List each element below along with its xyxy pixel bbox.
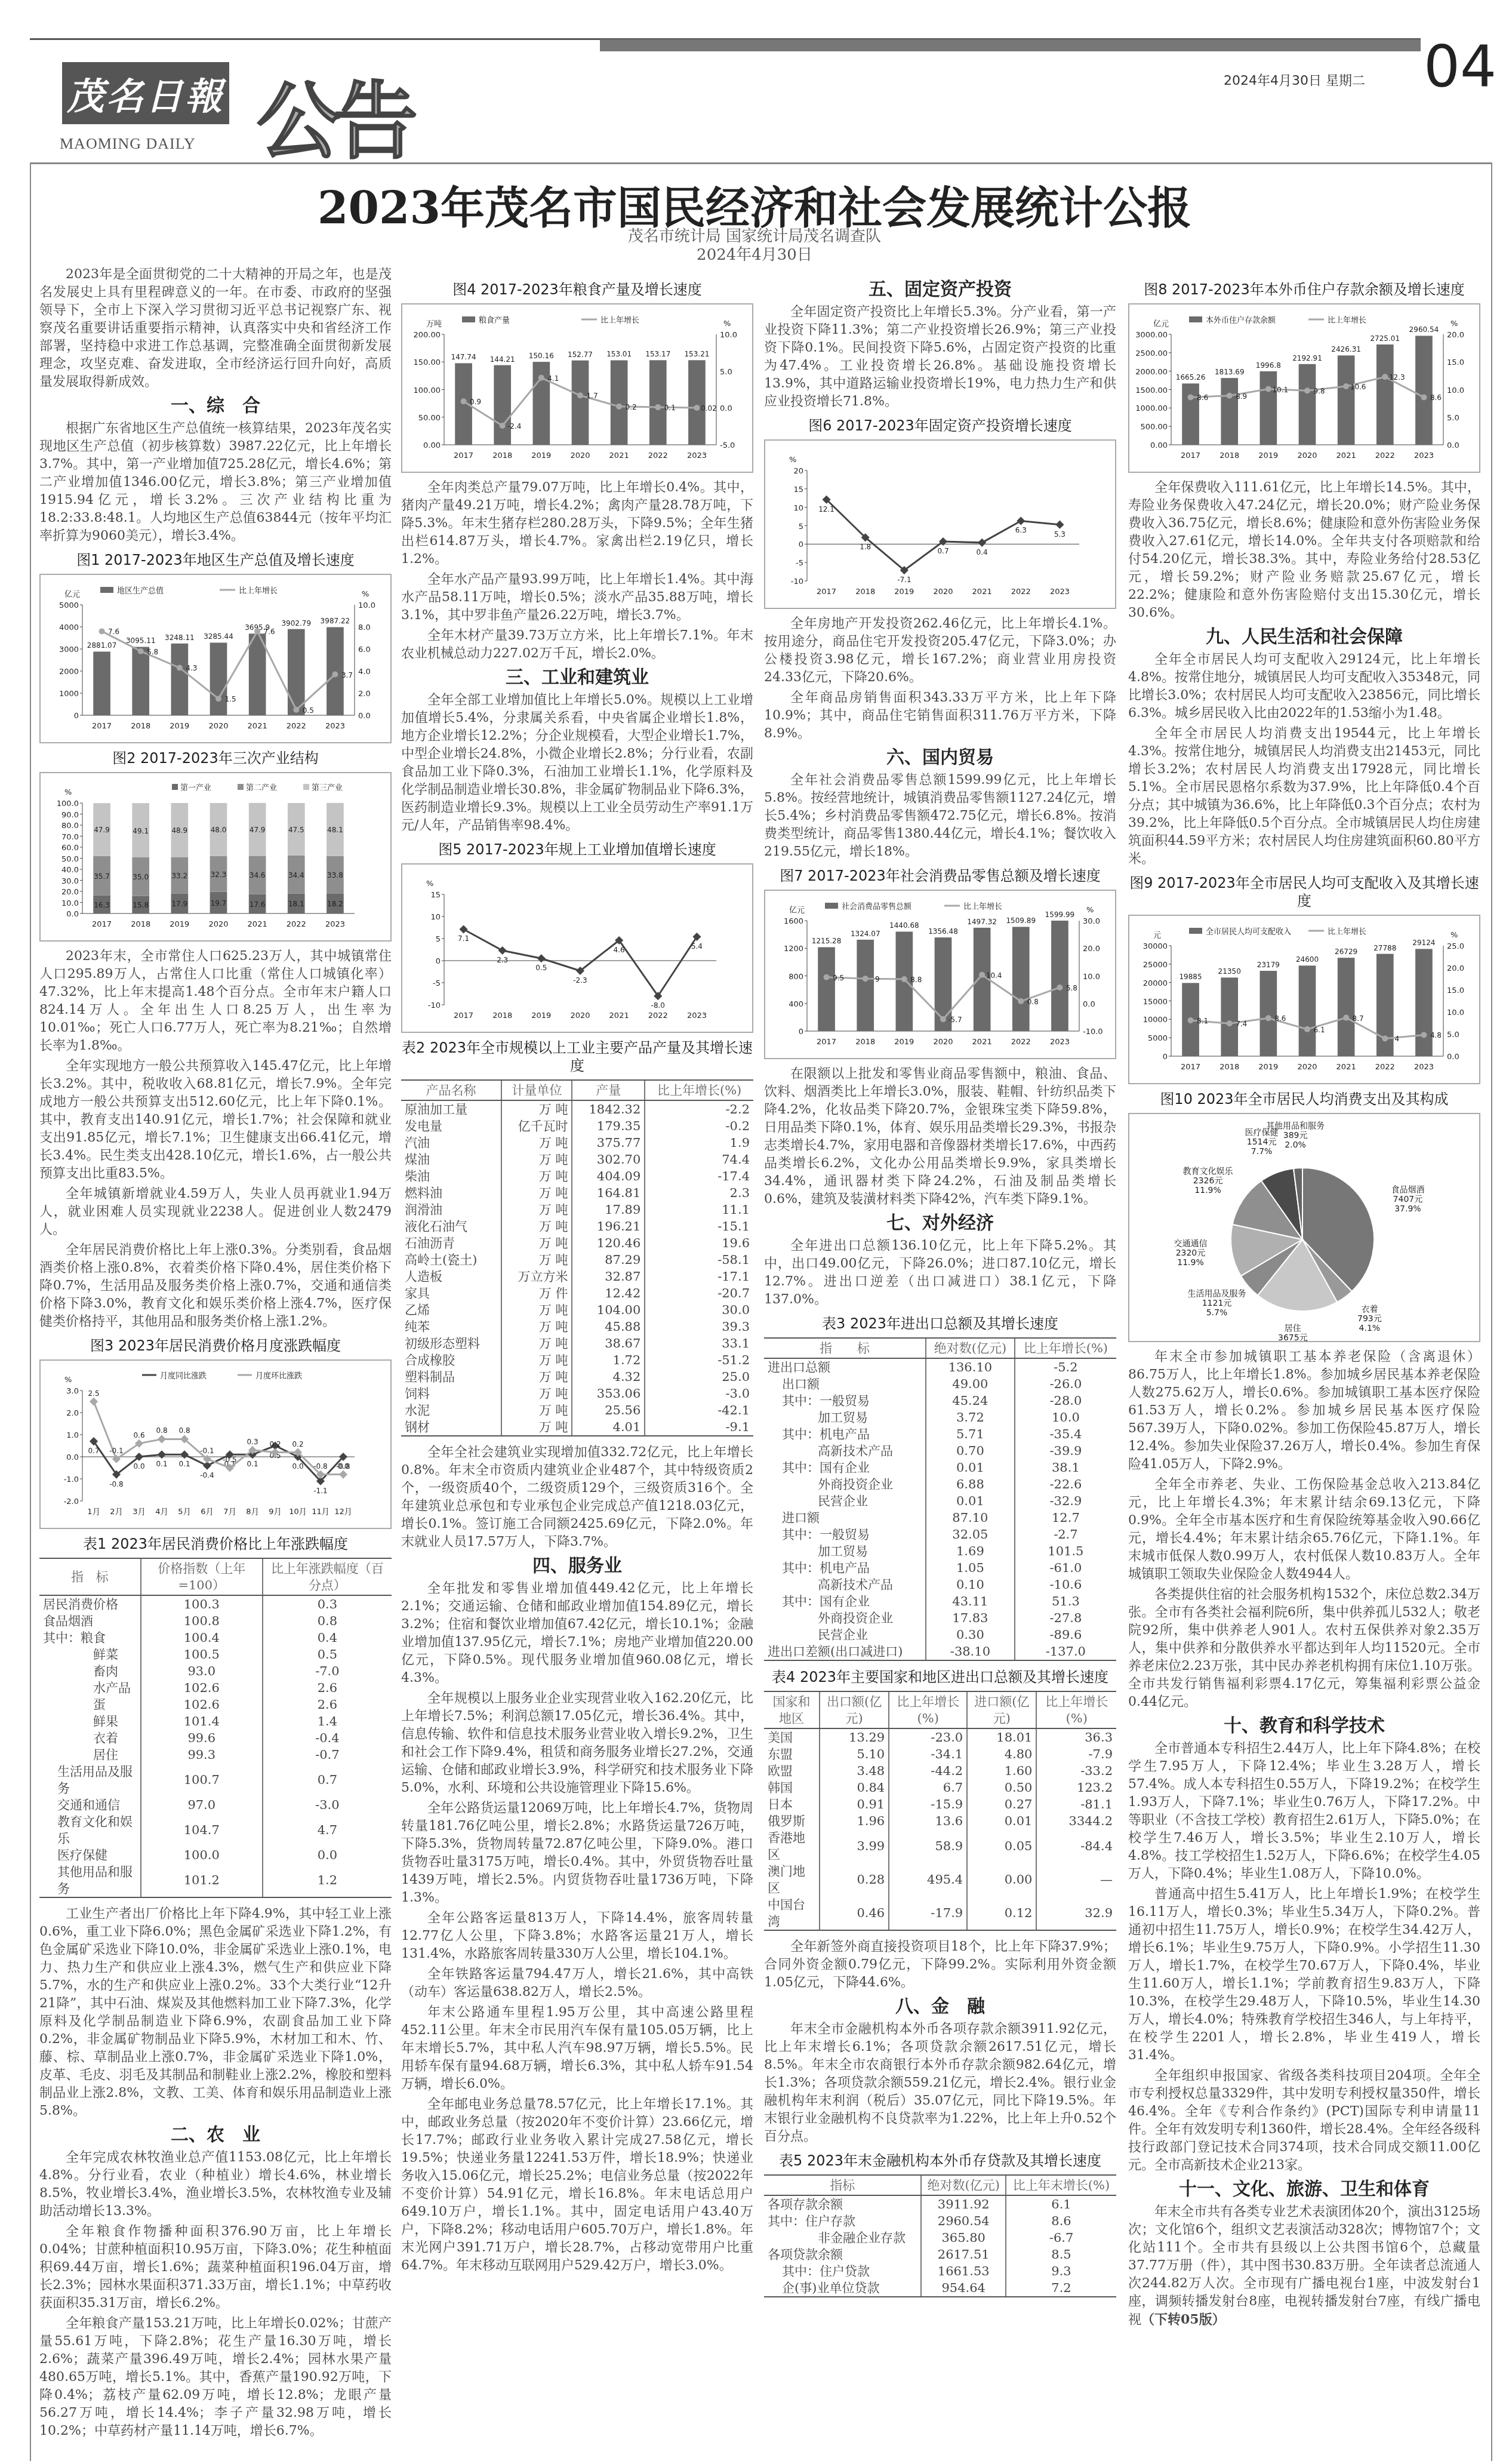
table-cell: 澳门地区 <box>764 1863 820 1896</box>
table-cell: 0.01 <box>926 1493 1015 1509</box>
svg-text:6.1: 6.1 <box>1313 1026 1325 1034</box>
article-date: 2024年4月30日 <box>0 242 1509 264</box>
svg-text:元: 元 <box>1153 931 1161 940</box>
svg-text:150.00: 150.00 <box>414 358 441 367</box>
svg-text:2019: 2019 <box>170 722 189 731</box>
table-cell: — <box>1036 1863 1116 1896</box>
figure-title: 图8 2017-2023年本外币住户存款余额及增长速度 <box>1128 281 1480 299</box>
table-cell: 32.9 <box>1036 1896 1116 1930</box>
table-cell: -2.7 <box>1015 1526 1116 1543</box>
svg-text:2326元: 2326元 <box>1193 1176 1223 1186</box>
table-title: 表2 2023年全市规模以上工业主要产品产量及其增长速度 <box>401 1039 753 1075</box>
table-cell: 45.88 <box>572 1318 645 1335</box>
table-row: 塑料制品万 吨4.3225.0 <box>401 1368 753 1385</box>
svg-text:6月: 6月 <box>201 1508 213 1516</box>
table-cell: 万 吨 <box>501 1201 572 1218</box>
table-cell: 高岭土(瓷土) <box>401 1251 501 1268</box>
table-row: 俄罗斯1.9613.60.013344.2 <box>764 1813 1116 1829</box>
paragraph: 年末全市金融机构本外币各项存款余额3911.92亿元，比上年末增长6.1%；各项… <box>764 2020 1116 2146</box>
table-cell: 12.7 <box>1015 1509 1116 1526</box>
table-row: 其他用品和服务101.21.2 <box>39 1863 392 1897</box>
table-cell: 鲜果 <box>39 1713 141 1730</box>
svg-text:2022: 2022 <box>1375 1063 1395 1072</box>
paragraph: 全年粮食作物播种面积376.90万亩，比上年增长0.04%；甘蔗种植面积10.9… <box>39 2223 392 2312</box>
svg-text:4月: 4月 <box>155 1508 168 1516</box>
table-cell: 钢材 <box>401 1419 501 1436</box>
svg-text:793元: 793元 <box>1357 1314 1382 1324</box>
table-cell: 0.00 <box>967 1863 1036 1896</box>
svg-text:2019: 2019 <box>1258 451 1278 460</box>
svg-text:0: 0 <box>799 1028 803 1036</box>
svg-text:12月: 12月 <box>334 1508 352 1516</box>
svg-text:26729: 26729 <box>1335 948 1357 956</box>
table-cell: 25.0 <box>645 1368 753 1385</box>
table-cell: 10.0 <box>1015 1409 1116 1426</box>
svg-text:10.0: 10.0 <box>358 601 375 610</box>
table-cell: 石油沥青 <box>401 1235 501 1251</box>
svg-text:-5.0: -5.0 <box>720 441 735 450</box>
svg-text:%: % <box>426 879 433 888</box>
figure-title: 图7 2017-2023年社会消费品零售总额及增长速度 <box>764 867 1116 885</box>
table-cell: 加工贸易 <box>764 1543 926 1559</box>
table-row: 外商投资企业17.83-27.8 <box>764 1610 1116 1626</box>
svg-text:%: % <box>362 590 369 599</box>
table-row: 居民消费价格100.30.3 <box>39 1595 392 1613</box>
table-cell: 0.10 <box>926 1576 1015 1593</box>
svg-text:2.0: 2.0 <box>66 1409 79 1418</box>
table-cell: 302.70 <box>572 1151 645 1168</box>
table-row: 韩国0.846.70.50123.2 <box>764 1779 1116 1796</box>
svg-text:2019: 2019 <box>1258 1063 1278 1072</box>
svg-text:34.4: 34.4 <box>288 871 304 879</box>
svg-text:47.9: 47.9 <box>94 826 110 834</box>
paragraph: 全年批发和零售业增加值449.42亿元，比上年增长2.1%；交通运输、仓储和邮政… <box>401 1580 753 1687</box>
svg-text:7.1: 7.1 <box>458 934 469 943</box>
table-cell: 各项存款余额 <box>764 2195 921 2213</box>
svg-text:7407元: 7407元 <box>1393 1195 1423 1204</box>
table-row: 欧盟3.48-44.21.60-33.2 <box>764 1762 1116 1779</box>
svg-text:2021: 2021 <box>248 722 267 731</box>
section-heading: 十一、文化、旅游、卫生和体育 <box>1128 2180 1480 2198</box>
table-cell: 100.4 <box>141 1629 263 1646</box>
table-cell: 0.8 <box>263 1613 392 1629</box>
table-row: 民营企业0.01-32.9 <box>764 1493 1116 1509</box>
table-cell: 179.35 <box>572 1118 645 1134</box>
table-cell: 加工贸易 <box>764 1409 926 1426</box>
svg-text:全市居民人均可支配收入: 全市居民人均可支配收入 <box>1206 927 1291 936</box>
table-cell: -58.1 <box>645 1251 753 1268</box>
chart-fixed-investment: -10-505101520%20172018201920202021202220… <box>764 439 1116 609</box>
svg-text:1.0: 1.0 <box>66 1431 79 1440</box>
svg-text:15.8: 15.8 <box>133 901 149 909</box>
svg-text:5000: 5000 <box>59 601 79 610</box>
table-row: 原油加工量万 吨1842.32-2.2 <box>401 1100 753 1118</box>
paragraph: 全年全社会建筑业实现增加值332.72亿元，比上年增长0.8%。年末全市资质内建… <box>401 1444 753 1551</box>
paragraph: 工业生产者出厂价格比上年下降4.9%，其中轻工业上涨0.6%，重工业下降6.0%… <box>39 1905 392 2120</box>
paragraph: 全年商品房销售面积343.33万平方米，比上年下降10.9%；其中，商品住宅销售… <box>764 689 1116 743</box>
svg-text:0.0: 0.0 <box>1083 1000 1095 1009</box>
figure-title: 图4 2017-2023年粮食产量及增长速度 <box>401 281 753 299</box>
svg-text:1000.00: 1000.00 <box>1135 404 1168 413</box>
svg-text:2017: 2017 <box>92 920 112 929</box>
column-header: 指标 <box>764 2175 921 2195</box>
table-cell: -7.9 <box>1036 1746 1116 1762</box>
svg-text:20.0: 20.0 <box>1447 964 1464 973</box>
svg-text:0.0: 0.0 <box>133 1462 144 1471</box>
svg-text:0.8: 0.8 <box>1027 998 1039 1006</box>
svg-text:2017: 2017 <box>454 1011 473 1020</box>
svg-text:月度同比涨跌: 月度同比涨跌 <box>160 1371 207 1380</box>
table-row: 民营企业0.30-89.6 <box>764 1626 1116 1643</box>
svg-text:亿元: 亿元 <box>64 590 80 599</box>
svg-text:20.0: 20.0 <box>1447 331 1464 340</box>
table-cell: 2.6 <box>263 1679 392 1696</box>
table-cell: 17.83 <box>926 1610 1015 1626</box>
table-cell: -15.9 <box>889 1796 967 1813</box>
svg-text:1600: 1600 <box>784 917 803 926</box>
table-cell: 100.3 <box>141 1595 263 1613</box>
table-cell: 汽油 <box>401 1134 501 1151</box>
table-cell: 8.5 <box>1006 2246 1116 2263</box>
section-heading: 六、国内贸易 <box>764 749 1116 767</box>
svg-text:8.0: 8.0 <box>358 623 371 632</box>
svg-text:50.0: 50.0 <box>61 855 79 864</box>
svg-text:2000.00: 2000.00 <box>1135 368 1168 377</box>
svg-text:-10: -10 <box>428 1001 441 1010</box>
table-cell: 3.72 <box>926 1409 1015 1426</box>
svg-text:0: 0 <box>799 540 803 549</box>
svg-text:20: 20 <box>793 467 803 476</box>
table-cell: 万 吨 <box>501 1100 572 1118</box>
svg-text:5: 5 <box>799 522 803 531</box>
table-cell: 各项贷款余额 <box>764 2246 921 2263</box>
svg-text:2022: 2022 <box>287 722 306 731</box>
paragraph: 全年房地产开发投资262.46亿元，比上年增长4.1%。按用途分，商品住宅开发投… <box>764 615 1116 687</box>
table-cell: 0.50 <box>967 1779 1036 1796</box>
svg-text:16.3: 16.3 <box>94 901 110 909</box>
table-row: 居住99.3-0.7 <box>39 1746 392 1763</box>
svg-text:2022: 2022 <box>1011 1038 1031 1047</box>
svg-text:-2.3: -2.3 <box>573 976 587 985</box>
table-cell: 11.1 <box>645 1201 753 1218</box>
table-cell: 煤油 <box>401 1151 501 1168</box>
paragraph: 全年全部工业增加值比上年增长5.0%。规模以上工业增加值增长5.4%，分隶属关系… <box>401 691 753 835</box>
svg-text:40.0: 40.0 <box>61 866 79 875</box>
table-row: 其中：国有企业43.1151.3 <box>764 1593 1116 1610</box>
svg-text:1324.07: 1324.07 <box>851 930 880 938</box>
table-cell: 中国台湾 <box>764 1896 820 1930</box>
chart-industry-growth: -10-5051015%2017201820192020202120222023… <box>401 863 753 1033</box>
table-row: 生活用品及服务100.70.7 <box>39 1763 392 1797</box>
chart-household-deposits: 0.00500.001000.001500.002000.002500.0030… <box>1128 303 1480 473</box>
table-cell: 104.7 <box>141 1813 263 1847</box>
svg-text:万吨: 万吨 <box>426 319 442 328</box>
table-cell: 100.7 <box>141 1763 263 1797</box>
svg-text:10.6: 10.6 <box>1350 383 1366 391</box>
paragraph: 全年固定资产投资比上年增长5.3%。分产业看，第一产业投资下降11.3%；第二产… <box>764 303 1116 411</box>
svg-text:200.00: 200.00 <box>414 331 441 340</box>
table-cell: 非金融企业存款 <box>764 2229 921 2246</box>
svg-text:2725.01: 2725.01 <box>1370 334 1400 343</box>
table-cell: 0.28 <box>820 1863 889 1896</box>
table-cell: 196.21 <box>572 1218 645 1235</box>
table-cell: 水产品 <box>39 1679 141 1696</box>
svg-text:18.1: 18.1 <box>288 900 304 908</box>
svg-text:2022: 2022 <box>1011 587 1031 596</box>
svg-text:18.2: 18.2 <box>327 900 343 908</box>
svg-text:2020: 2020 <box>208 722 228 731</box>
table-row: 高岭土(瓷土)万 吨87.29-58.1 <box>401 1251 753 1268</box>
svg-text:5: 5 <box>436 935 441 944</box>
table-cell: 4.80 <box>967 1746 1036 1762</box>
svg-text:0.5: 0.5 <box>535 964 547 972</box>
table-cell: 99.3 <box>141 1746 263 1763</box>
svg-text:2019: 2019 <box>894 1038 914 1047</box>
table-row: 合成橡胶万 吨1.72-51.2 <box>401 1352 753 1368</box>
table-cell: 0.84 <box>820 1779 889 1796</box>
svg-text:2018: 2018 <box>855 587 875 596</box>
svg-text:0.3: 0.3 <box>247 1438 258 1446</box>
svg-text:2018: 2018 <box>1219 451 1239 460</box>
table-row: 乙烯万 吨104.0030.0 <box>401 1302 753 1318</box>
table-cell: -27.8 <box>1015 1610 1116 1626</box>
svg-text:100.00: 100.00 <box>414 386 441 395</box>
svg-text:%: % <box>64 788 72 797</box>
table-row: 各项存款余额3911.926.1 <box>764 2195 1116 2213</box>
table-row: 加工贸易1.69101.5 <box>764 1543 1116 1559</box>
table-row: 高新技术产品0.70-39.9 <box>764 1442 1116 1459</box>
svg-text:0: 0 <box>1163 1053 1168 1062</box>
paragraph: 全年木材产量39.73万立方米，比上年增长7.1%。年末农业机械总动力227.0… <box>401 627 753 663</box>
table-cell: 5.71 <box>926 1426 1015 1442</box>
svg-text:-0.4: -0.4 <box>200 1471 214 1479</box>
paragraph: 全年公路客运量813万人，下降14.4%，旅客周转量12.77亿人公里，下降3.… <box>401 1909 753 1963</box>
svg-text:1月: 1月 <box>87 1508 100 1516</box>
table-row: 水泥万 吨25.56-42.1 <box>401 1402 753 1419</box>
table-cell: 58.9 <box>889 1829 967 1863</box>
table-cell: -28.0 <box>1015 1392 1116 1409</box>
table-cell: 万 吨 <box>501 1134 572 1151</box>
table-cell: -34.1 <box>889 1746 967 1762</box>
svg-text:2020: 2020 <box>933 587 953 596</box>
table-cell: 居住 <box>39 1746 141 1763</box>
table-cell: -10.6 <box>1015 1576 1116 1593</box>
table-header-row: 产品名称计量单位产量比上年增长(%) <box>401 1080 753 1100</box>
table-cell: 人造板 <box>401 1268 501 1285</box>
table-cell: 畜肉 <box>39 1663 141 1679</box>
table-cell: 7.2 <box>1006 2280 1116 2297</box>
table-row: 蛋102.62.6 <box>39 1696 392 1713</box>
table-row: 外商投资企业6.88-22.6 <box>764 1476 1116 1493</box>
table-cell: 万 吨 <box>501 1352 572 1368</box>
table-cell: 74.4 <box>645 1151 753 1168</box>
paragraph: 全年粮食产量153.21万吨，比上年增长0.02%；甘蔗产量55.61万吨，下降… <box>39 2315 392 2440</box>
column-header: 比上年增长(%) <box>1036 1691 1116 1728</box>
table-row: 汽油万 吨375.771.9 <box>401 1134 753 1151</box>
svg-text:3000: 3000 <box>59 645 79 654</box>
table-cell: 33.1 <box>645 1335 753 1352</box>
table-cell: 进出口差额(出口减进口) <box>764 1643 926 1660</box>
table-cell: 进口额 <box>764 1509 926 1526</box>
svg-text:1121元: 1121元 <box>1202 1299 1232 1308</box>
svg-text:0.0: 0.0 <box>66 910 79 919</box>
table-cell: 104.00 <box>572 1302 645 1318</box>
table-cell: 万 吨 <box>501 1251 572 1268</box>
table-cell: 120.46 <box>572 1235 645 1251</box>
table-cell: 25.56 <box>572 1402 645 1419</box>
svg-text:15.0: 15.0 <box>1447 358 1464 367</box>
svg-text:0.1: 0.1 <box>247 1460 258 1468</box>
table-cell: -5.2 <box>1015 1358 1116 1376</box>
table-cell: -89.6 <box>1015 1626 1116 1643</box>
table-trade: 指 标绝对数(亿元)比上年增长(%)进出口总额136.10-5.2出口额49.0… <box>764 1337 1116 1661</box>
svg-text:2021: 2021 <box>972 1038 992 1047</box>
paragraph: 全年保费收入111.61亿元，比上年增长14.5%。其中，寿险业务保费收入47.… <box>1128 479 1480 622</box>
table-cell: 1.05 <box>926 1559 1015 1576</box>
svg-text:%: % <box>64 1376 72 1385</box>
svg-text:0.0: 0.0 <box>292 1462 303 1471</box>
table-cell: 3911.92 <box>921 2195 1006 2213</box>
column-header: 产品名称 <box>401 1080 501 1100</box>
svg-text:0: 0 <box>74 712 79 721</box>
svg-text:2018: 2018 <box>492 1011 512 1020</box>
column-header: 比上年增长(%) <box>645 1080 753 1100</box>
paragraph: 各类提供住宿的社会服务机构1532个，床位总数2.34万张。全市有各类社会福利院… <box>1128 1586 1480 1711</box>
table-cell: 水泥 <box>401 1402 501 1419</box>
svg-text:2320元: 2320元 <box>1176 1248 1206 1258</box>
svg-text:2022: 2022 <box>1375 451 1395 460</box>
svg-text:1200: 1200 <box>784 945 803 953</box>
svg-text:%: % <box>723 319 731 328</box>
svg-text:90.0: 90.0 <box>61 811 79 820</box>
table-row: 润滑油万 吨17.8911.1 <box>401 1201 753 1218</box>
svg-text:-0.1: -0.1 <box>200 1447 214 1455</box>
table-cell: 0.0 <box>263 1847 392 1863</box>
table-row: 其中：粮食100.40.4 <box>39 1629 392 1646</box>
svg-text:0.9: 0.9 <box>470 398 481 406</box>
svg-text:23179: 23179 <box>1257 961 1280 969</box>
svg-text:0.8: 0.8 <box>156 1426 167 1435</box>
svg-text:37.9%: 37.9% <box>1394 1204 1421 1214</box>
table-row: 非金融企业存款365.80-6.7 <box>764 2229 1116 2246</box>
intro-paragraph: 2023年是全面贯彻党的二十大精神的开局之年，也是茂名发展史上具有里程碑意义的一… <box>39 266 392 391</box>
svg-text:%: % <box>789 456 796 465</box>
svg-text:衣着: 衣着 <box>1361 1305 1378 1314</box>
svg-text:2017: 2017 <box>817 587 836 596</box>
table-cell: 俄罗斯 <box>764 1813 820 1829</box>
table-cell: 0.91 <box>820 1796 889 1813</box>
table-cell: 外商投资企业 <box>764 1476 926 1493</box>
section-heading: 八、金 融 <box>764 1998 1116 2016</box>
svg-text:5.0: 5.0 <box>1447 1030 1459 1039</box>
svg-text:0.02: 0.02 <box>701 404 717 413</box>
table-cell: 4.01 <box>572 1419 645 1436</box>
table-cell: 1.4 <box>263 1713 392 1730</box>
svg-text:15.0: 15.0 <box>1447 986 1464 995</box>
table-cell: 美国 <box>764 1728 820 1746</box>
svg-text:2192.91: 2192.91 <box>1292 354 1322 362</box>
table-row: 高新技术产品0.10-10.6 <box>764 1576 1116 1593</box>
svg-text:48.9: 48.9 <box>171 826 187 835</box>
svg-text:0.2: 0.2 <box>292 1440 303 1448</box>
svg-text:2017: 2017 <box>1181 1063 1200 1072</box>
table-cell: 100.8 <box>141 1613 263 1629</box>
table-row: 其中：国有企业0.0138.1 <box>764 1459 1116 1476</box>
paragraph: 在限额以上批发和零售业商品零售额中，粮油、食品、饮料、烟酒类比上年增长3.0%，… <box>764 1065 1116 1208</box>
svg-text:1599.99: 1599.99 <box>1045 910 1075 919</box>
table-cell: 蛋 <box>39 1696 141 1713</box>
table-cell: -3.0 <box>645 1385 753 1402</box>
table-cell: 其中：国有企业 <box>764 1459 926 1476</box>
svg-text:10.1: 10.1 <box>1272 386 1288 394</box>
svg-text:比上年增长: 比上年增长 <box>963 902 1002 911</box>
table-cell: 1.60 <box>967 1762 1036 1779</box>
table-cell: 39.3 <box>645 1318 753 1335</box>
svg-text:5.7%: 5.7% <box>1206 1308 1228 1318</box>
svg-text:3987.22: 3987.22 <box>321 617 350 625</box>
svg-text:-10: -10 <box>791 577 803 586</box>
table-cell: 企(事)业单位贷款 <box>764 2280 921 2297</box>
svg-text:-0.8: -0.8 <box>336 1462 350 1471</box>
svg-text:2019: 2019 <box>170 920 189 929</box>
svg-text:0.0: 0.0 <box>1447 1053 1459 1062</box>
figure-title: 图1 2017-2023年地区生产总值及增长速度 <box>39 551 392 569</box>
table-cell: 1.69 <box>926 1543 1015 1559</box>
table-header-row: 国家和地区出口额(亿元)比上年增长(%)进口额(亿元)比上年增长(%) <box>764 1691 1116 1728</box>
table-row: 医疗保健100.00.0 <box>39 1847 392 1863</box>
svg-text:2018: 2018 <box>1219 1063 1239 1072</box>
svg-text:100.0: 100.0 <box>57 799 79 808</box>
svg-text:2022: 2022 <box>648 1011 668 1020</box>
svg-text:17.9: 17.9 <box>171 900 187 908</box>
svg-text:19885: 19885 <box>1179 973 1202 981</box>
svg-text:%: % <box>1086 906 1094 915</box>
table-cell: 其中：国有企业 <box>764 1593 926 1610</box>
figure-title: 图2 2017-2023年三次产业结构 <box>39 749 392 767</box>
svg-text:8.8: 8.8 <box>910 976 922 984</box>
table-cell: -33.2 <box>1036 1762 1116 1779</box>
figure-title: 图3 2023年居民消费价格月度涨跌幅度 <box>39 1337 392 1355</box>
svg-text:33.8: 33.8 <box>327 871 343 879</box>
svg-text:32.3: 32.3 <box>211 870 227 879</box>
table-header-row: 指 标绝对数(亿元)比上年增长(%) <box>764 1338 1116 1358</box>
table-cell: 9.3 <box>1006 2263 1116 2280</box>
table-cell: 164.81 <box>572 1185 645 1201</box>
svg-text:15000: 15000 <box>1143 998 1168 1007</box>
table-cell: -84.4 <box>1036 1829 1116 1863</box>
svg-text:2.0: 2.0 <box>358 690 371 699</box>
svg-text:4.1%: 4.1% <box>1359 1324 1381 1333</box>
table-cell: 万 件 <box>501 1285 572 1302</box>
table-row: 教育文化和娱乐104.74.7 <box>39 1813 392 1847</box>
section-heading: 十、教育和科学技术 <box>1128 1717 1480 1735</box>
table-row: 饲料万 吨353.06-3.0 <box>401 1385 753 1402</box>
svg-text:5.4: 5.4 <box>691 942 703 950</box>
table-cell: 0.70 <box>926 1442 1015 1459</box>
table-cell: 13.29 <box>820 1728 889 1746</box>
paragraph: 全年居民消费价格比上年上涨0.3%。分类别看，食品烟酒类价格上涨0.8%，衣着类… <box>39 1241 392 1331</box>
table-cell: -0.4 <box>263 1730 392 1746</box>
section-heading: 二、农 业 <box>39 2126 392 2144</box>
table-row: 其中：一般贸易32.05-2.7 <box>764 1526 1116 1543</box>
svg-text:800: 800 <box>789 973 803 982</box>
table-row: 石油沥青万 吨120.4619.6 <box>401 1235 753 1251</box>
table-row: 畜肉93.0-7.0 <box>39 1663 392 1679</box>
svg-text:第三产业: 第三产业 <box>312 783 343 792</box>
table-cell: -51.2 <box>645 1352 753 1368</box>
svg-text:4.6: 4.6 <box>614 946 625 954</box>
svg-text:2023: 2023 <box>1050 587 1070 596</box>
